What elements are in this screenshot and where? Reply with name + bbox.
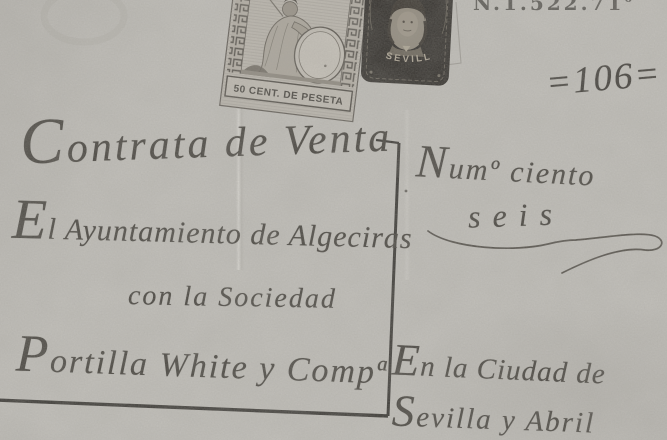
ink-dot	[405, 190, 408, 193]
party-line-sociedad: con la Sociedad	[128, 282, 337, 314]
party-line-company: Portilla White y Compª	[15, 328, 388, 394]
number-words-line1: Numº ciento	[415, 139, 597, 195]
frame-bottom-edge	[0, 400, 388, 416]
seis-underline-flourish	[428, 231, 662, 273]
sevilla-stamp-art: SEVILLA	[356, 0, 459, 90]
party-line-ayuntamiento: El Ayuntamiento de Algeciras	[11, 191, 413, 258]
watermark-ring	[44, 0, 124, 42]
folio-number: =106=	[545, 55, 663, 102]
serial-number-main: N.1.522.71	[473, 0, 624, 15]
place-line2: Sevilla y Abril	[391, 388, 596, 440]
place-line1: En la Ciudad de	[391, 337, 607, 391]
sevilla-stamp: SEVILLA	[356, 0, 459, 90]
number-words-line2: seis	[467, 197, 564, 232]
document-title: Contrata de Venta	[19, 98, 393, 176]
serial-number-suffix: 6	[624, 0, 632, 5]
serial-number: N.1.522.716	[473, 0, 632, 15]
scanned-document-page: 50 CENT. DE PESETA SEVILLA	[0, 0, 667, 440]
